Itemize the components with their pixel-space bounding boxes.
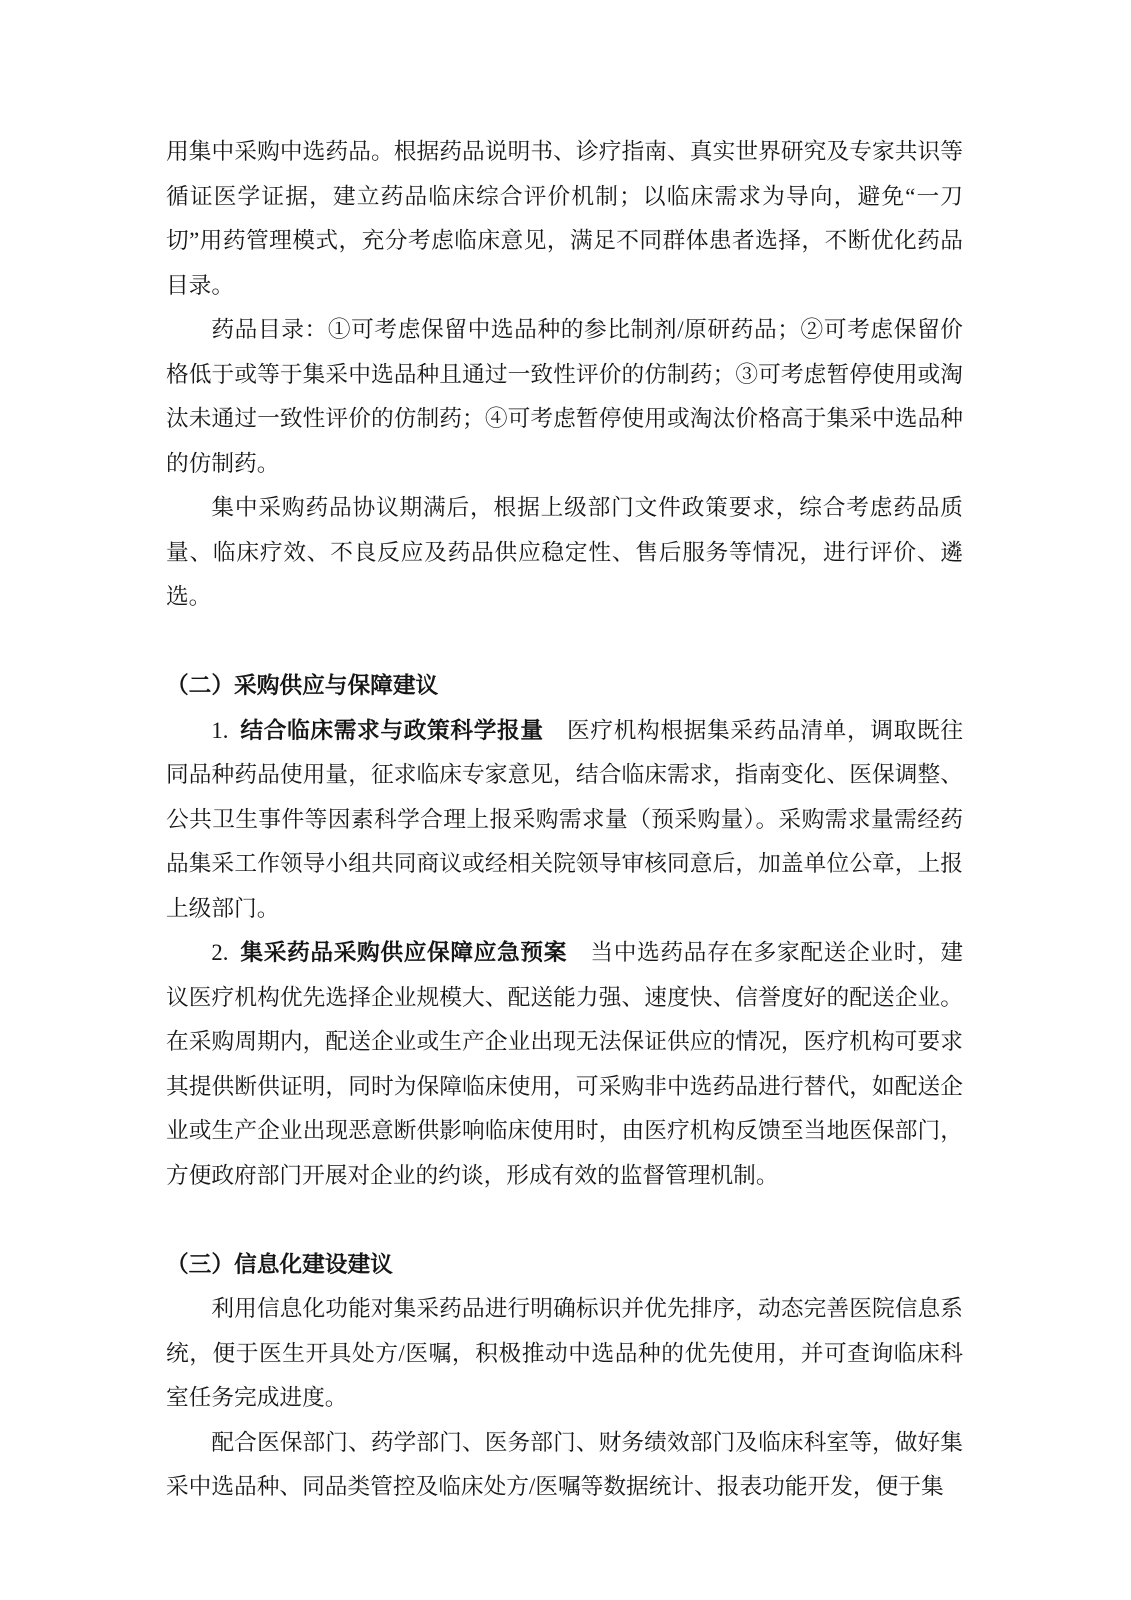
text-run: 当中选药品存在多家配送企业时，建议医疗机构优先选择企业规模大、配送能力强、速度快… xyxy=(166,940,963,1188)
section-heading: （二）采购供应与保障建议 xyxy=(166,664,963,709)
text-run: 医疗机构根据集采药品清单，调取既往同品种药品使用量，征求临床专家意见，结合临床需… xyxy=(166,718,963,921)
text-run: 配合医保部门、药学部门、医务部门、财务绩效部门及临床科室等，做好集采中选品种、同… xyxy=(166,1430,963,1500)
text-run: 1. xyxy=(211,718,239,743)
paragraph: 2. 集采药品采购供应保障应急预案 当中选药品存在多家配送企业时，建议医疗机构优… xyxy=(166,931,963,1198)
section-heading: （三）信息化建设建议 xyxy=(166,1243,963,1288)
text-run: 集中采购药品协议期满后，根据上级部门文件政策要求，综合考虑药品质量、临床疗效、不… xyxy=(166,495,963,609)
text-run: 用集中采购中选药品。根据药品说明书、诊疗指南、真实世界研究及专家共识等循证医学证… xyxy=(166,139,963,298)
text-run: （二）采购供应与保障建议 xyxy=(166,673,438,698)
text-run: 2. xyxy=(211,940,239,965)
text-run: 利用信息化功能对集采药品进行明确标识并优先排序，动态完善医院信息系统，便于医生开… xyxy=(166,1296,963,1410)
paragraph: 集中采购药品协议期满后，根据上级部门文件政策要求，综合考虑药品质量、临床疗效、不… xyxy=(166,486,963,620)
paragraph: 用集中采购中选药品。根据药品说明书、诊疗指南、真实世界研究及专家共识等循证医学证… xyxy=(166,130,963,308)
document-text-block: 用集中采购中选药品。根据药品说明书、诊疗指南、真实世界研究及专家共识等循证医学证… xyxy=(166,130,963,1510)
paragraph: 药品目录：①可考虑保留中选品种的参比制剂/原研药品；②可考虑保留价格低于或等于集… xyxy=(166,308,963,486)
text-run: 集采药品采购供应保障应急预案 xyxy=(240,940,567,965)
text-run: （三）信息化建设建议 xyxy=(166,1252,393,1277)
text-run: 结合临床需求与政策科学报量 xyxy=(240,718,544,743)
text-run: 药品目录：①可考虑保留中选品种的参比制剂/原研药品；②可考虑保留价格低于或等于集… xyxy=(166,317,963,476)
paragraph: 配合医保部门、药学部门、医务部门、财务绩效部门及临床科室等，做好集采中选品种、同… xyxy=(166,1421,963,1510)
paragraph: 利用信息化功能对集采药品进行明确标识并优先排序，动态完善医院信息系统，便于医生开… xyxy=(166,1287,963,1421)
document-page: 用集中采购中选药品。根据药品说明书、诊疗指南、真实世界研究及专家共识等循证医学证… xyxy=(0,0,1131,1600)
paragraph: 1. 结合临床需求与政策科学报量 医疗机构根据集采药品清单，调取既往同品种药品使… xyxy=(166,709,963,932)
